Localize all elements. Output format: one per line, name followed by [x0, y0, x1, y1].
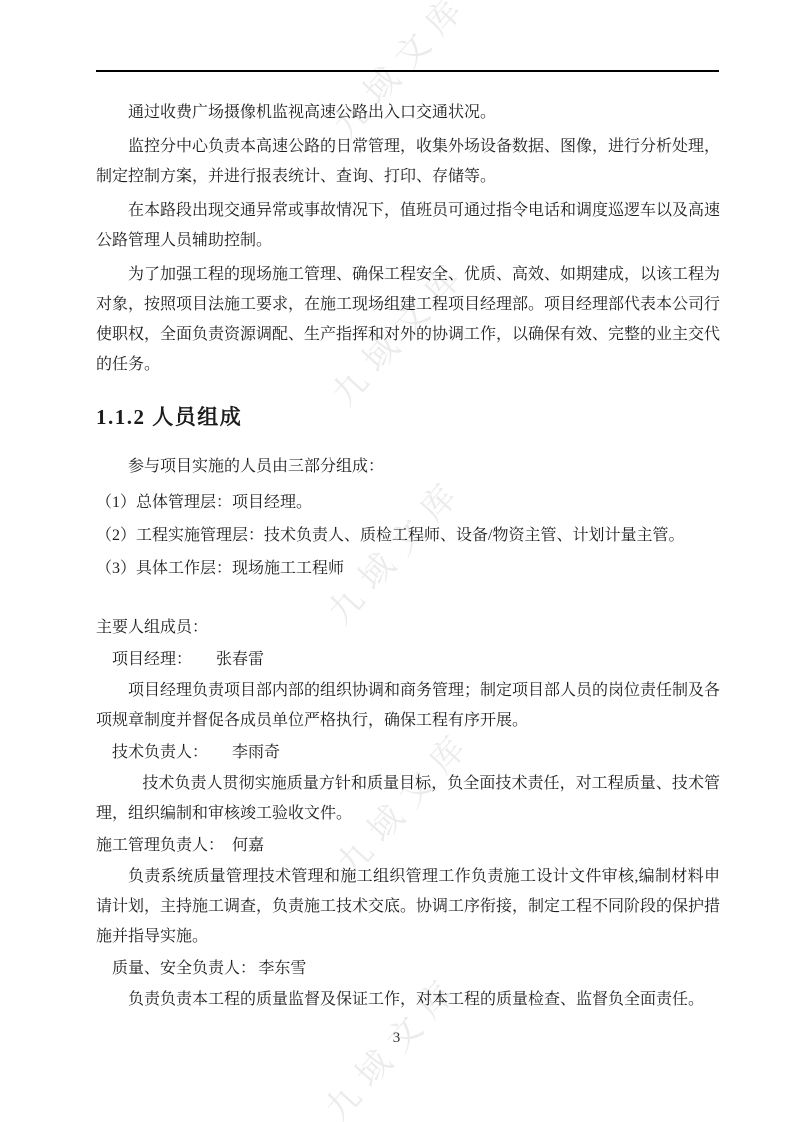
personnel-intro: 参与项目实施的人员由三部分组成：	[96, 452, 720, 482]
page-number: 3	[393, 1030, 401, 1046]
list-item: （1）总体管理层：项目经理。	[96, 486, 720, 519]
personnel-layer-list: （1）总体管理层：项目经理。 （2）工程实施管理层：技术负责人、质检工程师、设备…	[96, 486, 720, 585]
role-title: 质量、安全负责人：	[112, 960, 256, 977]
role-person-name: 李东雪	[258, 960, 306, 977]
page-footer: 3	[0, 1030, 793, 1047]
paragraph-subcenter-management: 监控分中心负责本高速公路的日常管理，收集外场设备数据、图像，进行分析处理，制定控…	[96, 132, 720, 192]
paragraph-monitor-entrance: 通过收费广场摄像机监视高速公路出入口交通状况。	[96, 98, 720, 128]
header-rule	[96, 70, 719, 72]
role-title: 施工管理负责人：	[96, 837, 224, 854]
role-person-name: 何嘉	[232, 837, 264, 854]
role-project-manager: 项目经理：张春雷	[96, 645, 720, 675]
paragraph-incident-control: 在本路段出现交通异常或事故情况下，值班员可通过指令电话和调度巡逻车以及高速公路管…	[96, 196, 720, 256]
paragraph-project-department: 为了加强工程的现场施工管理、确保工程安全、优质、高效、如期建成，以该工程为对象，…	[96, 260, 720, 380]
role-construction-manager-desc: 负责系统质量管理技术管理和施工组织管理工作负责施工设计文件审核,编制材料申请计划…	[96, 862, 720, 952]
role-technical-lead-desc: 技术负责人贯彻实施质量方针和质量目标，负全面技术责任，对工程质量、技术管理，组织…	[96, 769, 720, 829]
role-quality-safety-lead: 质量、安全负责人：李东雪	[96, 954, 720, 984]
role-construction-manager: 施工管理负责人：何嘉	[96, 831, 720, 861]
list-item: （2）工程实施管理层：技术负责人、质检工程师、设备/物资主管、计划计量主管。	[96, 519, 720, 552]
members-title: 主要人组成员：	[96, 613, 720, 643]
role-person-name: 张春雷	[216, 651, 264, 668]
role-person-name: 李雨奇	[232, 744, 280, 761]
page-content: 通过收费广场摄像机监视高速公路出入口交通状况。 监控分中心负责本高速公路的日常管…	[96, 98, 720, 1015]
role-title: 项目经理：	[112, 651, 192, 668]
role-technical-lead: 技术负责人：李雨奇	[96, 738, 720, 768]
role-quality-safety-lead-desc: 负责负责本工程的质量监督及保证工作，对本工程的质量检查、监督负全面责任。	[96, 985, 720, 1015]
role-title: 技术负责人：	[112, 744, 208, 761]
document-page: 九域文库 九域文库 九域文库 九域文库 九域文库 通过收费广场摄像机监视高速公路…	[0, 0, 793, 1122]
section-heading-personnel: 1.1.2 人员组成	[96, 403, 720, 431]
list-item: （3）具体工作层：现场施工工程师	[96, 552, 720, 585]
role-project-manager-desc: 项目经理负责项目部内部的组织协调和商务管理；制定项目部人员的岗位责任制及各项规章…	[96, 676, 720, 736]
